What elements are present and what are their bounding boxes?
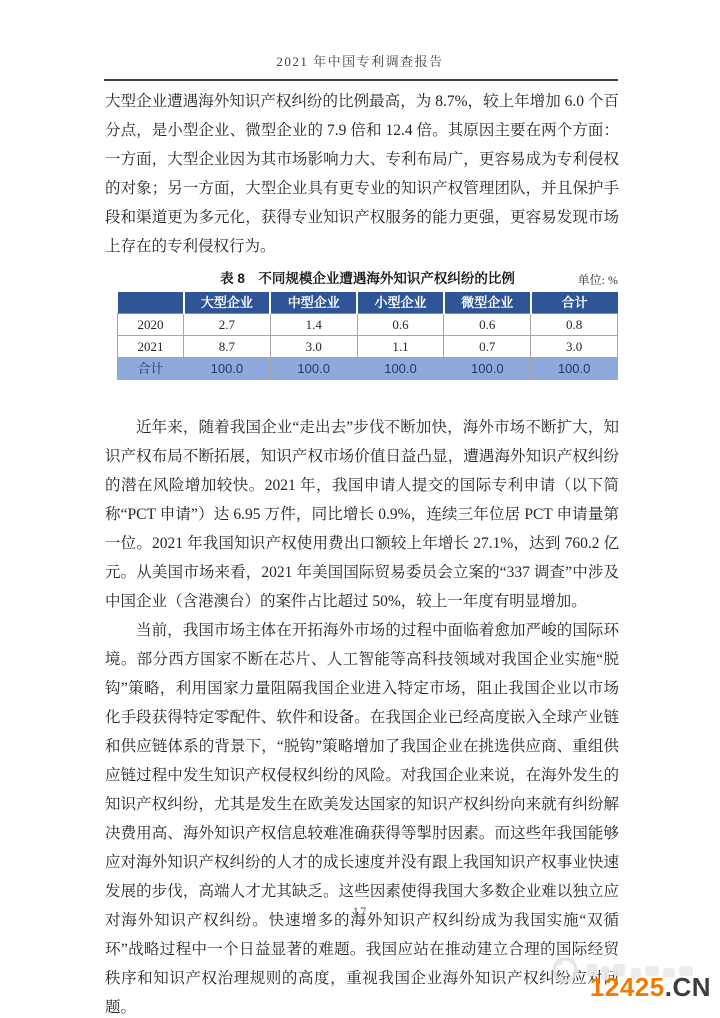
table-cell: 2.7 bbox=[184, 314, 271, 336]
column-header-small: 小型企业 bbox=[357, 292, 444, 314]
table-cell: 0.6 bbox=[444, 314, 531, 336]
table-cell: 100.0 bbox=[357, 358, 444, 380]
row-label: 合计 bbox=[118, 358, 184, 380]
table-row-2021: 2021 8.7 3.0 1.1 0.7 3.0 bbox=[118, 336, 618, 358]
row-label: 2020 bbox=[118, 314, 184, 336]
page-number: 17 bbox=[0, 905, 720, 920]
column-header-total: 合计 bbox=[531, 292, 618, 314]
table-cell: 0.8 bbox=[531, 314, 618, 336]
column-header-medium: 中型企业 bbox=[270, 292, 357, 314]
table-cell: 3.0 bbox=[531, 336, 618, 358]
paragraph-going-global: 近年来，随着我国企业“走出去”步伐不断加快，海外市场不断扩大，知识产权布局不断拓… bbox=[105, 413, 619, 616]
table-caption-row: 表 8 不同规模企业遭遇海外知识产权纠纷的比例 单位: % bbox=[117, 268, 618, 290]
table-8-block: 表 8 不同规模企业遭遇海外知识产权纠纷的比例 单位: % 大型企业 中型企业 … bbox=[117, 268, 618, 380]
report-page: 2021 年中国专利调查报告 大型企业遭遇海外知识产权纠纷的比例最高，为 8.7… bbox=[0, 0, 720, 1018]
table-caption: 表 8 不同规模企业遭遇海外知识产权纠纷的比例 bbox=[117, 268, 618, 290]
header-rule bbox=[104, 79, 618, 81]
table-header-row: 大型企业 中型企业 小型企业 微型企业 合计 bbox=[118, 292, 618, 314]
dispute-ratio-table: 大型企业 中型企业 小型企业 微型企业 合计 2020 2.7 1.4 0.6 … bbox=[117, 292, 618, 380]
watermark-text: 12425.CN bbox=[590, 974, 711, 1000]
watermark-number: 12425 bbox=[590, 972, 665, 1002]
table-cell: 0.6 bbox=[357, 314, 444, 336]
table-cell: 3.0 bbox=[270, 336, 357, 358]
running-header-title: 2021 年中国专利调查报告 bbox=[0, 51, 720, 70]
paragraph-international-environment: 当前，我国市场主体在开拓海外市场的过程中面临着愈加严峻的国际环境。部分西方国家不… bbox=[105, 616, 619, 1018]
table-row-2020: 2020 2.7 1.4 0.6 0.6 0.8 bbox=[118, 314, 618, 336]
row-label: 2021 bbox=[118, 336, 184, 358]
table-cell: 100.0 bbox=[270, 358, 357, 380]
column-header-micro: 微型企业 bbox=[444, 292, 531, 314]
table-cell: 1.4 bbox=[270, 314, 357, 336]
table-unit-label: 单位: % bbox=[578, 269, 618, 291]
watermark: 12425.CN bbox=[547, 950, 717, 1006]
table-header: 大型企业 中型企业 小型企业 微型企业 合计 bbox=[118, 292, 618, 314]
page-content: 大型企业遭遇海外知识产权纠纷的比例最高，为 8.7%，较上年增加 6.0 个百分… bbox=[105, 87, 619, 1018]
table-cell: 100.0 bbox=[184, 358, 271, 380]
table-body: 2020 2.7 1.4 0.6 0.6 0.8 2021 8.7 3.0 1.… bbox=[118, 314, 618, 380]
table-cell: 100.0 bbox=[444, 358, 531, 380]
column-header-large: 大型企业 bbox=[184, 292, 271, 314]
watermark-domain-suffix: .CN bbox=[665, 972, 711, 1002]
paragraph-large-enterprise: 大型企业遭遇海外知识产权纠纷的比例最高，为 8.7%，较上年增加 6.0 个百分… bbox=[105, 87, 619, 261]
column-header-blank bbox=[118, 292, 184, 314]
table-cell: 100.0 bbox=[531, 358, 618, 380]
table-cell: 8.7 bbox=[184, 336, 271, 358]
table-cell: 1.1 bbox=[357, 336, 444, 358]
table-cell: 0.7 bbox=[444, 336, 531, 358]
table-row-total: 合计 100.0 100.0 100.0 100.0 100.0 bbox=[118, 358, 618, 380]
